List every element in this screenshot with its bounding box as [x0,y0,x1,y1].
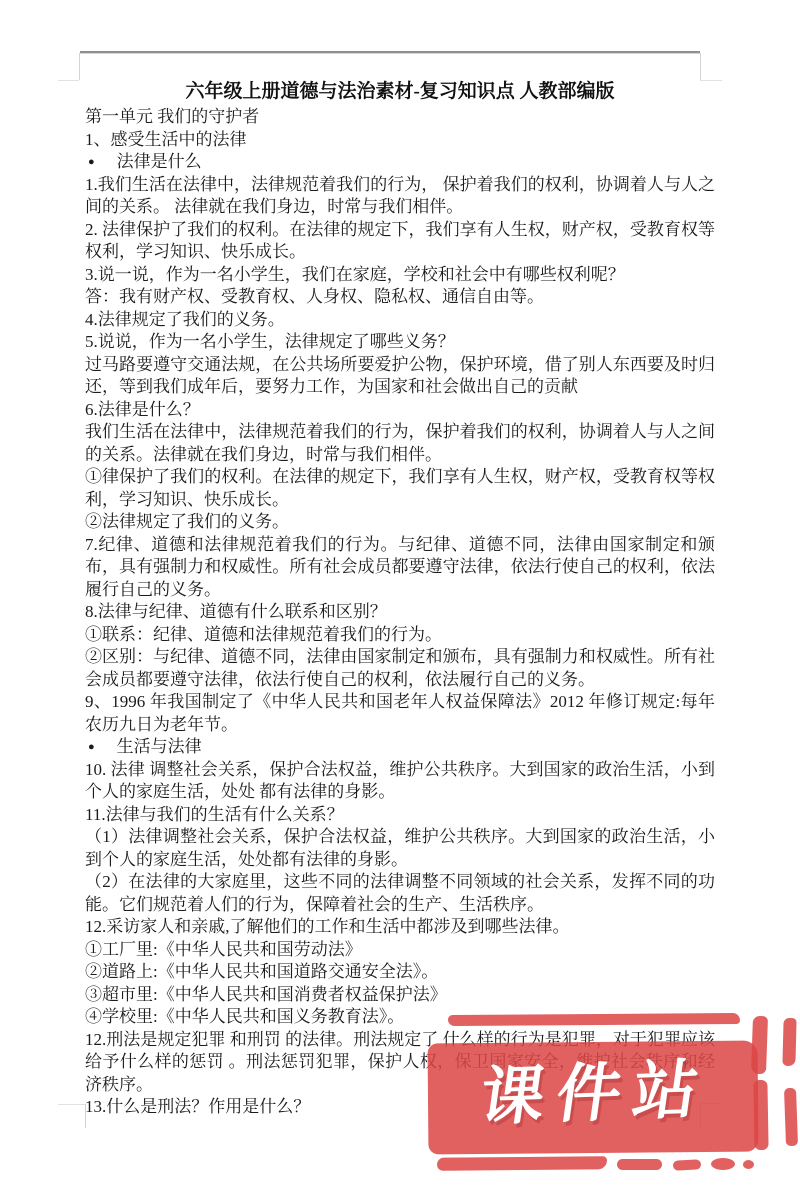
paragraph: ②道路上:《中华人民共和国道路交通安全法》。 [85,961,715,984]
paragraph: 9、1996 年我国制定了《中华人民共和国老年人权益保障法》2012 年修订规定… [85,691,715,736]
text-boundary-mark-bottom-left [58,1104,85,1105]
text-boundary-mark-top-left [58,80,79,81]
paragraph: ③超市里:《中华人民共和国消费者权益保护法》 [85,984,715,1007]
paragraph: ①工厂里:《中华人民共和国劳动法》 [85,939,715,962]
paragraph: 1、感受生活中的法律 [85,129,715,152]
paragraph: 10. 法律 调整社会关系，保护合法权益，维护公共秩序。大到国家的政治生活，小到… [85,759,715,804]
paragraph: （1）法律调整社会关系，保护合法权益，维护公共秩序。大到国家的政治生活，小到个人… [85,826,715,871]
stamp-border-bottom [711,1158,735,1170]
bullet-item: ●法律是什么 [85,151,715,174]
bullet-icon: ● [85,736,95,759]
paragraph: ①联系：纪律、道德和法律规范着我们的行为。 [85,624,715,647]
paragraph: 8.法律与纪律、道德有什么联系和区别？ [85,601,715,624]
paragraph: 第一单元 我们的守护者 [85,106,715,129]
document-page: 六年级上册道德与法治素材-复习知识点 人教部编版 第一单元 我们的守护者1、感受… [0,0,800,1200]
paragraph: 答：我有财产权、受教育权、人身权、隐私权、通信自由等。 [85,286,715,309]
stamp-border-right-outer [784,1088,798,1146]
paragraph: ②区别：与纪律、道德不同，法律由国家制定和颁布，具有强制力和权威性。所有社会成员… [85,646,715,691]
paragraph: ①律保护了我们的权利。在法律的规定下，我们享有人生权，财产权，受教育权等权利，学… [85,466,715,511]
paragraph-list: 第一单元 我们的守护者1、感受生活中的法律●法律是什么1.我们生活在法律中，法律… [85,106,715,1119]
text-boundary-mark-top-left [79,53,80,80]
bullet-label: 生活与法律 [117,736,202,759]
paragraph: 4.法律规定了我们的义务。 [85,309,715,332]
paragraph: （2）在法律的大家庭里，这些不同的法律调整不同领域的社会关系，发挥不同的功能。它… [85,871,715,916]
stamp-watermark-text: 课件站 [424,1046,766,1141]
bullet-item: ●生活与法律 [85,736,715,759]
stamp-border-bottom [673,1159,701,1170]
document-body: 六年级上册道德与法治素材-复习知识点 人教部编版 第一单元 我们的守护者1、感受… [85,80,715,1119]
paragraph: 2. 法律保护了我们的权利。在法律的规定下，我们享有人生权，财产权，受教育权等权… [85,219,715,264]
page-top-edge [80,51,700,53]
paragraph: 我们生活在法律中，法律规范着我们的行为，保护着我们的权利，协调着人与人之间的关系… [85,421,715,466]
bullet-icon: ● [85,151,95,174]
paragraph: 3.说一说，作为一名小学生，我们在家庭，学校和社会中有哪些权利呢？ [85,264,715,287]
kejianzhan-stamp: 课件站 [425,1010,800,1190]
paragraph: 过马路要遵守交通法规，在公共场所要爱护公物，保护环境，借了别人东西要及时归还，等… [85,354,715,399]
text-boundary-mark-top-right [700,53,701,80]
paragraph: 11.法律与我们的生活有什么关系？ [85,804,715,827]
paragraph: 6.法律是什么？ [85,399,715,422]
paragraph: 7.纪律、道德和法律规范着我们的行为。与纪律、道德不同，法律由国家制定和颁布，具… [85,534,715,602]
paragraph: 1.我们生活在法律中，法律规范着我们的行为， 保护着我们的权利，协调着人与人之间… [85,174,715,219]
stamp-border-bottom [437,1156,607,1170]
stamp-border-bottom [743,1160,754,1169]
bullet-label: 法律是什么 [117,151,202,174]
stamp-border-bottom [617,1159,662,1170]
paragraph: ②法律规定了我们的义务。 [85,511,715,534]
page-title: 六年级上册道德与法治素材-复习知识点 人教部编版 [85,80,715,104]
paragraph: 5.说说，作为一名小学生，法律规定了哪些义务？ [85,331,715,354]
stamp-border-right-outer [782,1018,796,1066]
paragraph: 12.采访家人和亲戚,了解他们的工作和生活中都涉及到哪些法律。 [85,916,715,939]
stamp-border-top [448,1013,740,1026]
